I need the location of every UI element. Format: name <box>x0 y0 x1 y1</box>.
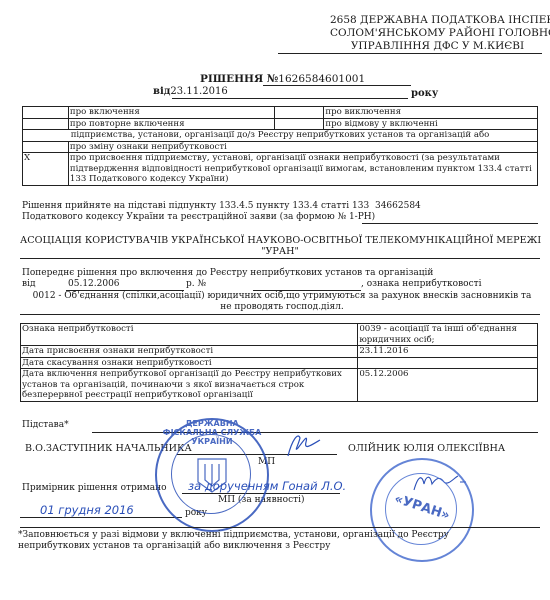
option-refusal: про відмову у включенні <box>324 118 538 130</box>
decision-number: 1626584601001 <box>278 73 365 85</box>
details-label: Дата включення неприбуткової організації… <box>21 369 358 402</box>
tax-code: 34662584 <box>375 201 421 211</box>
copy-received-label: Примірник рішення отримано <box>22 483 167 494</box>
details-value: 23.11.2016 <box>358 346 538 358</box>
authority-underline <box>278 53 542 54</box>
checkbox-cell <box>23 141 69 153</box>
tax-stamp-text: ДЕРЖАВНА ФІСКАЛЬНА СЛУЖБА УКРАЇНИ <box>157 419 267 446</box>
decision-title: РІШЕННЯ №1626584601001 <box>200 73 365 85</box>
registry-description: підприємства, установи, організації до/з… <box>23 130 538 142</box>
option-inclusion: про включення <box>68 107 274 119</box>
option-exclusion: про виключення <box>324 107 538 119</box>
checkbox-cell <box>23 107 69 119</box>
table-row: Дата присвоєння ознаки неприбутковості 2… <box>21 346 538 358</box>
details-label: Дата присвоєння ознаки неприбутковості <box>21 346 358 358</box>
previous-heading: Попереднє рішення про включення до Реєст… <box>22 268 433 279</box>
basis-text: Рішення прийняте на підставі підпункту 1… <box>22 201 369 211</box>
decision-date-prefix: від <box>153 86 170 97</box>
basis-line-2: Податкового кодексу України та реєстраці… <box>22 212 375 223</box>
decision-type-table: про включення про виключення про повторн… <box>22 106 538 186</box>
previous-from-label: від <box>22 279 36 290</box>
authority-line-2: СОЛОМ'ЯНСЬКОМУ РАЙОНІ ГОЛОВНОГО <box>330 27 545 40</box>
decision-number-underline <box>263 85 411 86</box>
decision-date-underline <box>172 98 408 99</box>
option-re-inclusion: про повторне включення <box>68 118 274 130</box>
organization-underline <box>20 258 540 259</box>
checkbox-cell <box>274 107 324 119</box>
received-date-handwritten: 01 грудня 2016 <box>40 503 134 517</box>
decision-date: 23.11.2016 <box>170 86 227 97</box>
previous-sign-line-2: не проводять господ.діял. <box>22 302 542 313</box>
details-value: 0039 - асоціації та інші об'єднання юрид… <box>358 324 538 346</box>
previous-sign-label: , ознака неприбутковості <box>361 279 481 290</box>
basis-field-label: Підстава* <box>22 420 69 431</box>
official-name: ОЛІЙНИК ЮЛІЯ ОЛЕКСІЇВНА <box>348 443 505 454</box>
table-row: про зміну ознаки неприбутковості <box>23 141 538 153</box>
details-value <box>358 357 538 369</box>
table-row: Дата скасування ознаки неприбутковості <box>21 357 538 369</box>
table-row: Дата включення неприбуткової організації… <box>21 369 538 402</box>
tax-authority-stamp: ДЕРЖАВНА ФІСКАЛЬНА СЛУЖБА УКРАЇНИ <box>155 418 269 532</box>
trident-icon <box>195 456 229 494</box>
authority-line-3: УПРАВЛІННЯ ДФС У М.КИЄВІ <box>330 40 545 53</box>
basis-line-1: Рішення прийняте на підставі підпункту 1… <box>22 201 421 212</box>
details-value: 05.12.2006 <box>358 369 538 402</box>
details-label: Ознака неприбутковості <box>21 324 358 346</box>
option-assign-sign: про присвоєння підприємству, установі, о… <box>68 153 537 186</box>
signature-mark <box>280 428 325 460</box>
table-row: про включення про виключення <box>23 107 538 119</box>
previous-sign-line-1: 0012 - Об'єднання (спілки,асоціації) юри… <box>22 291 542 302</box>
previous-number-label: р. № <box>186 279 206 290</box>
authority-line-1: 2658 ДЕРЖАВНА ПОДАТКОВА ІНСПЕКЦІЯ У <box>330 14 545 27</box>
uran-stamp: «УРАН» <box>370 458 474 562</box>
previous-underline <box>20 314 540 315</box>
received-date-line <box>20 517 182 518</box>
organization-name-line-1: АСОЦІАЦІЯ КОРИСТУВАЧІВ УКРАЇНСЬКОЇ НАУКО… <box>20 235 540 246</box>
footnote-line-2: неприбуткових установ та організацій або… <box>18 541 330 552</box>
checkbox-cell-selected: X <box>23 153 69 186</box>
basis-underline <box>362 223 538 224</box>
decision-title-prefix: РІШЕННЯ № <box>200 73 278 85</box>
decision-date-line: від23.11.2016 <box>153 86 228 97</box>
decision-year-suffix: року <box>411 88 438 99</box>
table-row: підприємства, установи, організації до/з… <box>23 130 538 142</box>
checkbox-cell <box>23 118 69 130</box>
details-table: Ознака неприбутковості 0039 - асоціації … <box>20 323 538 402</box>
footnote-divider <box>20 527 540 528</box>
table-row: про повторне включення про відмову у вкл… <box>23 118 538 130</box>
table-row: Ознака неприбутковості 0039 - асоціації … <box>21 324 538 346</box>
table-row: X про присвоєння підприємству, установі,… <box>23 153 538 186</box>
option-change-sign: про зміну ознаки неприбутковості <box>68 141 537 153</box>
previous-date: 05.12.2006 <box>68 279 120 290</box>
organization-name-line-2: "УРАН" <box>20 246 540 257</box>
footnote-line-1: *Заповнюється у разі відмови у включенні… <box>18 530 449 541</box>
details-label: Дата скасування ознаки неприбутковості <box>21 357 358 369</box>
checkbox-cell <box>274 118 324 130</box>
